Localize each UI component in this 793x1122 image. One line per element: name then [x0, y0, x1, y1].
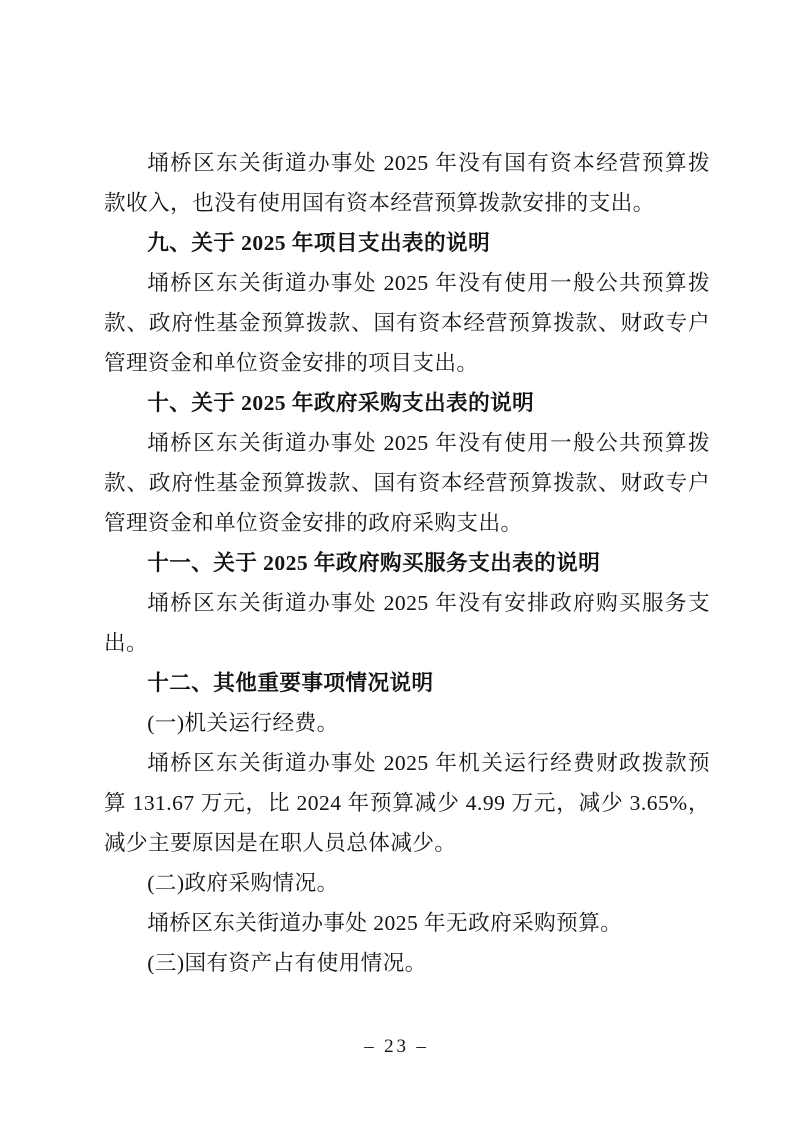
- paragraph-no-procurement-budget: 埇桥区东关街道办事处 2025 年无政府采购预算。: [104, 903, 710, 943]
- paragraph-state-capital-budget: 埇桥区东关街道办事处 2025 年没有国有资本经营预算拨款收入，也没有使用国有资…: [104, 143, 710, 223]
- paragraph-item-3-label: (三)国有资产占有使用情况。: [104, 943, 710, 983]
- section-heading-11: 十一、关于 2025 年政府购买服务支出表的说明: [104, 543, 710, 583]
- paragraph-operating-funds-detail: 埇桥区东关街道办事处 2025 年机关运行经费财政拨款预算 131.67 万元，…: [104, 743, 710, 863]
- paragraph-item-2-label: (二)政府采购情况。: [104, 863, 710, 903]
- document-body: 埇桥区东关街道办事处 2025 年没有国有资本经营预算拨款收入，也没有使用国有资…: [104, 143, 710, 983]
- section-heading-12: 十二、其他重要事项情况说明: [104, 663, 710, 703]
- paragraph-project-expenditure: 埇桥区东关街道办事处 2025 年没有使用一般公共预算拨款、政府性基金预算拨款、…: [104, 263, 710, 383]
- document-page: 埇桥区东关街道办事处 2025 年没有国有资本经营预算拨款收入，也没有使用国有资…: [0, 0, 793, 1122]
- paragraph-item-1-label: (一)机关运行经费。: [104, 703, 710, 743]
- page-number: – 23 –: [0, 1033, 793, 1061]
- section-heading-10: 十、关于 2025 年政府采购支出表的说明: [104, 383, 710, 423]
- paragraph-gov-procurement-expend: 埇桥区东关街道办事处 2025 年没有使用一般公共预算拨款、政府性基金预算拨款、…: [104, 423, 710, 543]
- paragraph-gov-purchased-services: 埇桥区东关街道办事处 2025 年没有安排政府购买服务支出。: [104, 583, 710, 663]
- section-heading-9: 九、关于 2025 年项目支出表的说明: [104, 223, 710, 263]
